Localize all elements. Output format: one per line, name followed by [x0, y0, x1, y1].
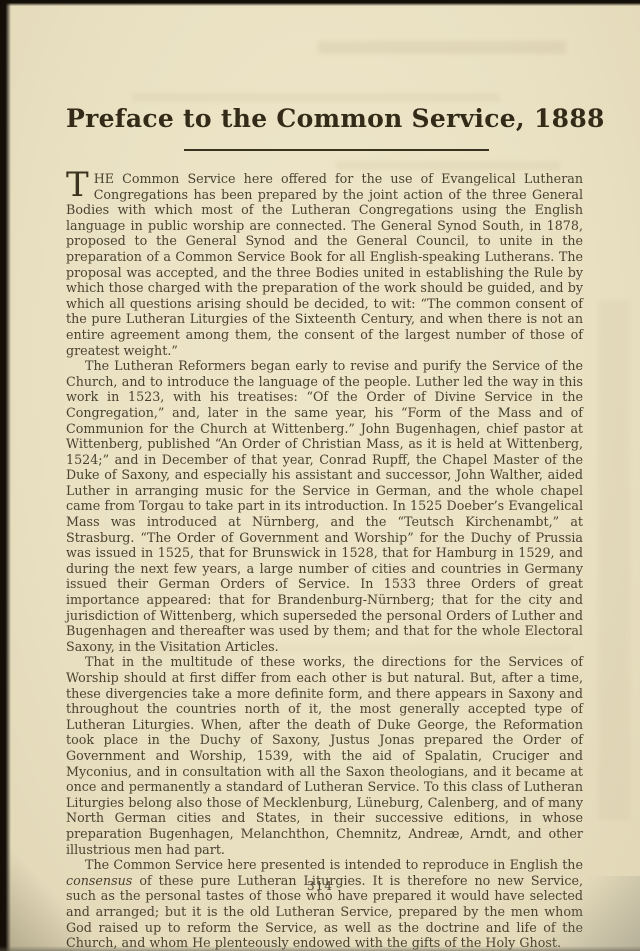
paragraph-3: That in the multitude of these works, th… [66, 654, 583, 857]
drop-cap-initial: T [66, 171, 94, 199]
showthrough-smudge [598, 300, 630, 820]
paragraph-1-text: HE Common Service here offered for the u… [66, 171, 583, 358]
page-corner-shadow-bottom-left [0, 851, 90, 951]
scan-edge-left [0, 0, 11, 951]
page-content: Preface to the Common Service, 1888 THE … [66, 104, 583, 951]
paragraph-4: The Common Service here presented is int… [66, 857, 583, 951]
scanned-book-page: Preface to the Common Service, 1888 THE … [0, 0, 640, 951]
paragraph-4-text-pre: The Common Service here presented is int… [85, 857, 583, 872]
scan-edge-bottom [0, 946, 640, 951]
paragraph-2: The Lutheran Reformers began early to re… [66, 358, 583, 654]
showthrough-smudge [132, 93, 500, 102]
paragraph-1: THE Common Service here offered for the … [66, 171, 583, 358]
page-corner-shadow-bottom-right [510, 876, 640, 951]
title-divider-rule [184, 149, 489, 151]
page-title: Preface to the Common Service, 1888 [66, 104, 583, 133]
showthrough-smudge [318, 41, 566, 54]
scan-edge-top [0, 0, 640, 6]
